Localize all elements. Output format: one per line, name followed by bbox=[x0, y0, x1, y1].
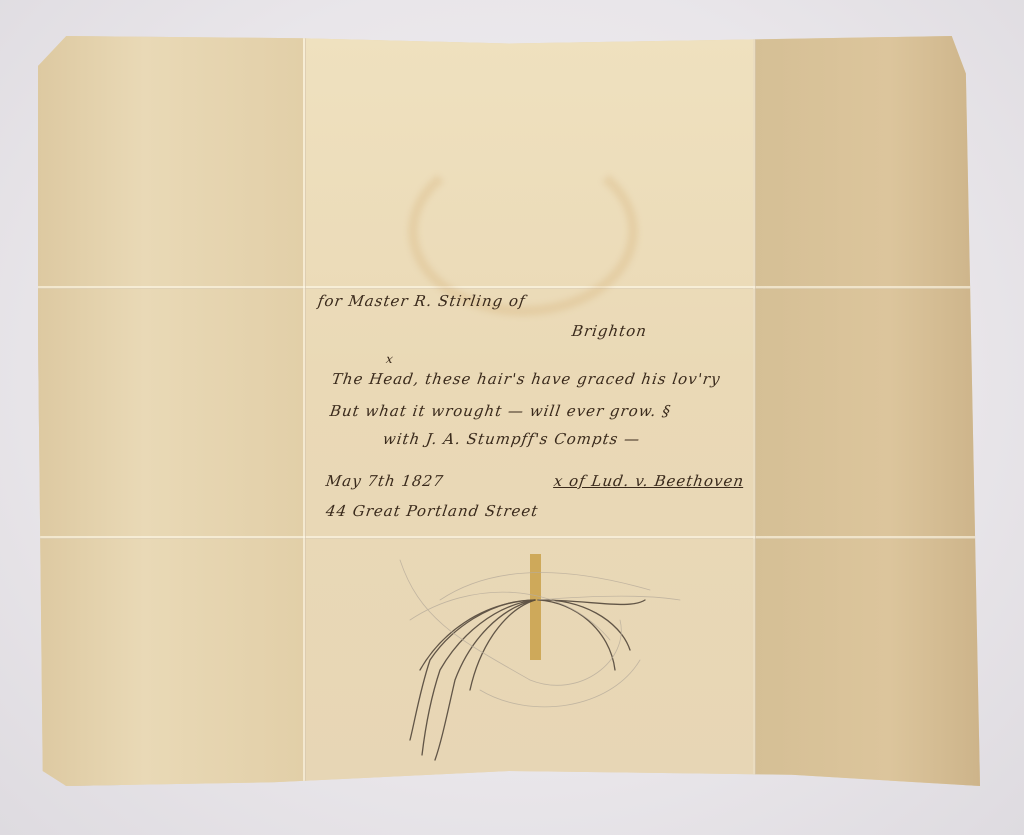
right-panel bbox=[753, 36, 980, 786]
addressee-line: for Master R. Stirling of bbox=[317, 292, 527, 310]
place-line: Brighton bbox=[571, 322, 649, 340]
compliments-line: with J. A. Stumpff's Compts — bbox=[382, 430, 642, 448]
address-line: 44 Great Portland Street bbox=[325, 502, 540, 520]
verse-line-2: But what it wrought — will ever grow. § bbox=[329, 402, 672, 420]
hair-lock-icon bbox=[380, 540, 700, 770]
left-panel bbox=[38, 36, 303, 786]
beethoven-footnote: x of Lud. v. Beethoven bbox=[553, 472, 746, 490]
fold-line bbox=[303, 36, 306, 786]
water-stain bbox=[408, 146, 638, 316]
verse-line-1: The Head, these hair's have graced his l… bbox=[331, 370, 722, 388]
fold-line bbox=[38, 536, 980, 539]
date-line: May 7th 1827 bbox=[325, 472, 445, 490]
fold-line bbox=[753, 36, 756, 786]
